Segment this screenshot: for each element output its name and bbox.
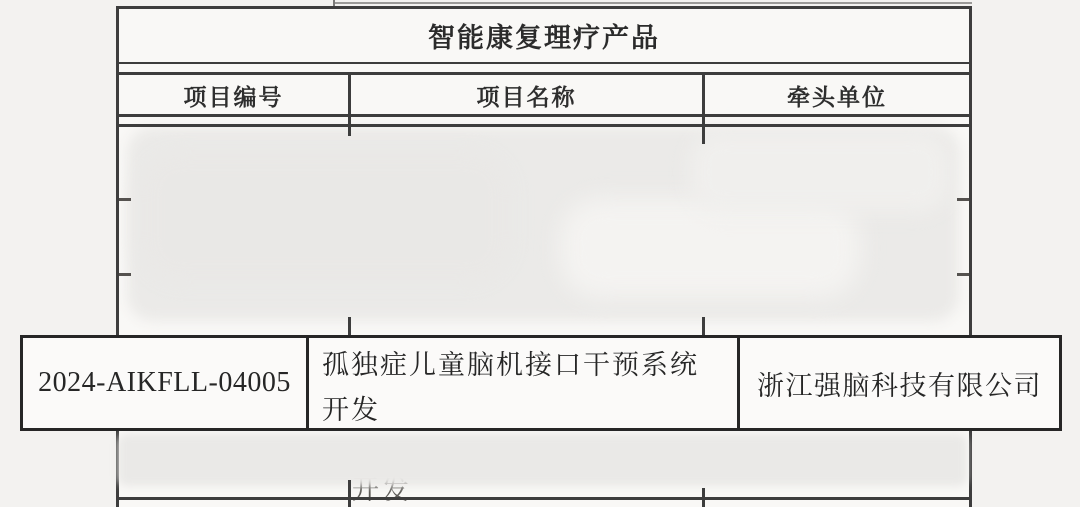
column-divider-stub-above-overlay-2 [702, 317, 705, 336]
column-header-lead-unit: 牵头单位 [705, 77, 969, 114]
project-name-line-2: 开发 [322, 388, 738, 433]
highlighted-table-row: 2024-AIKFLL-04005 孤独症儿童脑机接口干预系统 开发 浙江强脑科… [20, 335, 1062, 431]
row-border-bottom-line [116, 497, 972, 500]
header-column-divider-1 [348, 74, 351, 136]
row-divider-tick-right-1 [957, 198, 969, 201]
scanned-table-document: 智能康复理疗产品 项目编号 项目名称 牵头单位 开发 2024-AIKFLL-0… [0, 0, 1080, 507]
row-divider-tick-left-2 [119, 273, 131, 276]
redacted-row-blur-bottom [118, 434, 967, 486]
project-code-cell: 2024-AIKFLL-04005 [23, 338, 306, 428]
header-bottom-line-upper [117, 114, 970, 117]
lead-unit-cell: 浙江强脑科技有限公司 [740, 338, 1059, 428]
bottom-row-divider-4 [969, 500, 972, 507]
bottom-partial-row-background [119, 500, 969, 507]
row-divider-tick-left-1 [119, 198, 131, 201]
redacted-rows-blur-highlight [560, 198, 860, 298]
top-cutoff-row-line [334, 2, 972, 4]
column-header-project-name: 项目名称 [351, 77, 702, 114]
column-header-project-code: 项目编号 [119, 77, 348, 114]
redacted-rows-blur-shade [140, 152, 510, 282]
table-title: 智能康复理疗产品 [119, 9, 969, 62]
project-name-line-1: 孤独症儿童脑机接口干预系统 [322, 343, 738, 388]
header-bottom-line-lower [117, 124, 970, 127]
redacted-rows-blur-shade-right [690, 132, 950, 212]
bottom-row-divider-1 [116, 500, 119, 507]
bottom-row-divider-3 [702, 500, 705, 507]
row-divider-tick-right-2 [957, 273, 969, 276]
table-border-top [116, 6, 972, 9]
title-separator-line-lower [117, 72, 970, 75]
project-name-cell: 孤独症儿童脑机接口干预系统 开发 [309, 338, 738, 433]
bottom-row-divider-2 [348, 500, 351, 507]
column-divider-stub-bottom-1 [348, 480, 351, 498]
header-column-divider-2 [702, 74, 705, 144]
title-separator-line-upper [117, 62, 970, 64]
column-divider-stub-above-overlay-1 [348, 317, 351, 336]
